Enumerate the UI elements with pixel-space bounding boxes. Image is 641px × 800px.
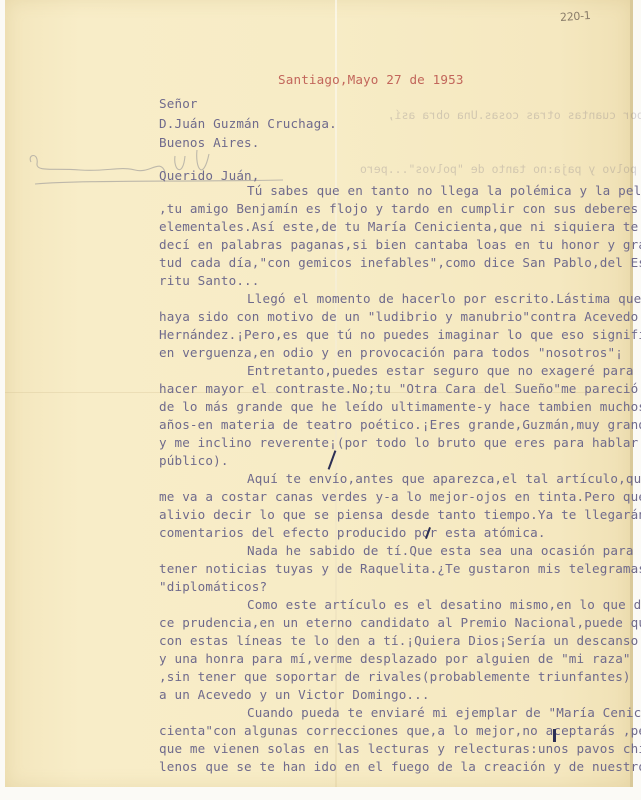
letter-line: ,tu amigo Benjamín es flojo y tardo en c…	[159, 200, 641, 218]
letter-line: de lo más grande que he leído ultimament…	[159, 398, 641, 416]
letter-line: y una honra para mí,verme desplazado por…	[159, 650, 631, 668]
letter-line: me va a costar canas verdes y-a lo mejor…	[159, 488, 641, 506]
recipient-name: D.Juán Guzmán Cruchaga.	[159, 115, 337, 133]
archive-number: 220-1	[560, 9, 591, 24]
letter-line: tener noticias tuyas y de Raquelita.¿Te …	[159, 560, 641, 578]
letter-line: "diplomáticos?	[159, 578, 267, 596]
letter-line: con estas líneas te lo den a tí.¡Quiera …	[159, 632, 638, 650]
pen-correction-mark	[553, 729, 556, 742]
letter-line: cienta"con algunas correcciones que,a lo…	[159, 722, 641, 740]
letter-line: Entretanto,puedes estar seguro que no ex…	[247, 362, 634, 380]
letter-line: elementales.Así este,de tu María Cenicie…	[159, 218, 641, 236]
letter-line: Cuando pueda te enviaré mi ejemplar de "…	[247, 704, 641, 722]
letter-line: ritu Santo...	[159, 272, 260, 290]
letter-line: lenos que se te han ido en el fuego de l…	[159, 758, 641, 776]
letter-line: tud cada día,"con gemicos inefables",com…	[159, 254, 641, 272]
letter-line: Llegó el momento de hacerlo por escrito.…	[247, 290, 641, 308]
letter-line: hacer mayor el contraste.No;tu "Otra Car…	[159, 380, 638, 398]
recipient-city: Buenos Aires.	[159, 134, 260, 152]
greeting: Querido Juán,	[159, 167, 260, 185]
letter-line: comentarios del efecto producido por est…	[159, 524, 546, 542]
letter-line: y me inclino reverente¡(por todo lo brut…	[159, 434, 641, 452]
show-through-line: merece quedar limpia de polvo y paja:no …	[360, 160, 641, 178]
letter-line: Hernández.¡Pero,es que tú no puedes imag…	[159, 326, 641, 344]
letter-line: Tú sabes que en tanto no llega la polémi…	[247, 182, 641, 200]
letter-line: ,sin tener que soportar de rivales(proba…	[159, 668, 631, 686]
date-line: Santiago,Mayo 27 de 1953	[278, 71, 464, 89]
letter-line: Aquí te envío,antes que aparezca,el tal …	[247, 470, 641, 488]
letter-line: a un Acevedo y un Victor Domingo...	[159, 686, 430, 704]
show-through-line: adulterio del lenguaje,por cuantas otras…	[360, 106, 641, 124]
letter-line: decí en palabras paganas,si bien cantaba…	[159, 236, 641, 254]
recipient-title: Señor	[159, 95, 198, 113]
letter-line: años-en materia de teatro poético.¡Eres …	[159, 416, 641, 434]
letter-line: alivio decir lo que se piensa desde tant…	[159, 506, 641, 524]
letter-line: Nada he sabido de tí.Que esta sea una oc…	[247, 542, 634, 560]
letter-line: haya sido con motivo de un "ludibrio y m…	[159, 308, 638, 326]
letter-line: en verguenza,en odio y en provocación pa…	[159, 344, 623, 362]
letter-line: Como este artículo es el desatino mismo,…	[247, 596, 641, 614]
letter-line: público).	[159, 452, 229, 470]
letter-line: que me vienen solas en las lecturas y re…	[159, 740, 641, 758]
letter-line: ce prudencia,en un eterno candidato al P…	[159, 614, 641, 632]
